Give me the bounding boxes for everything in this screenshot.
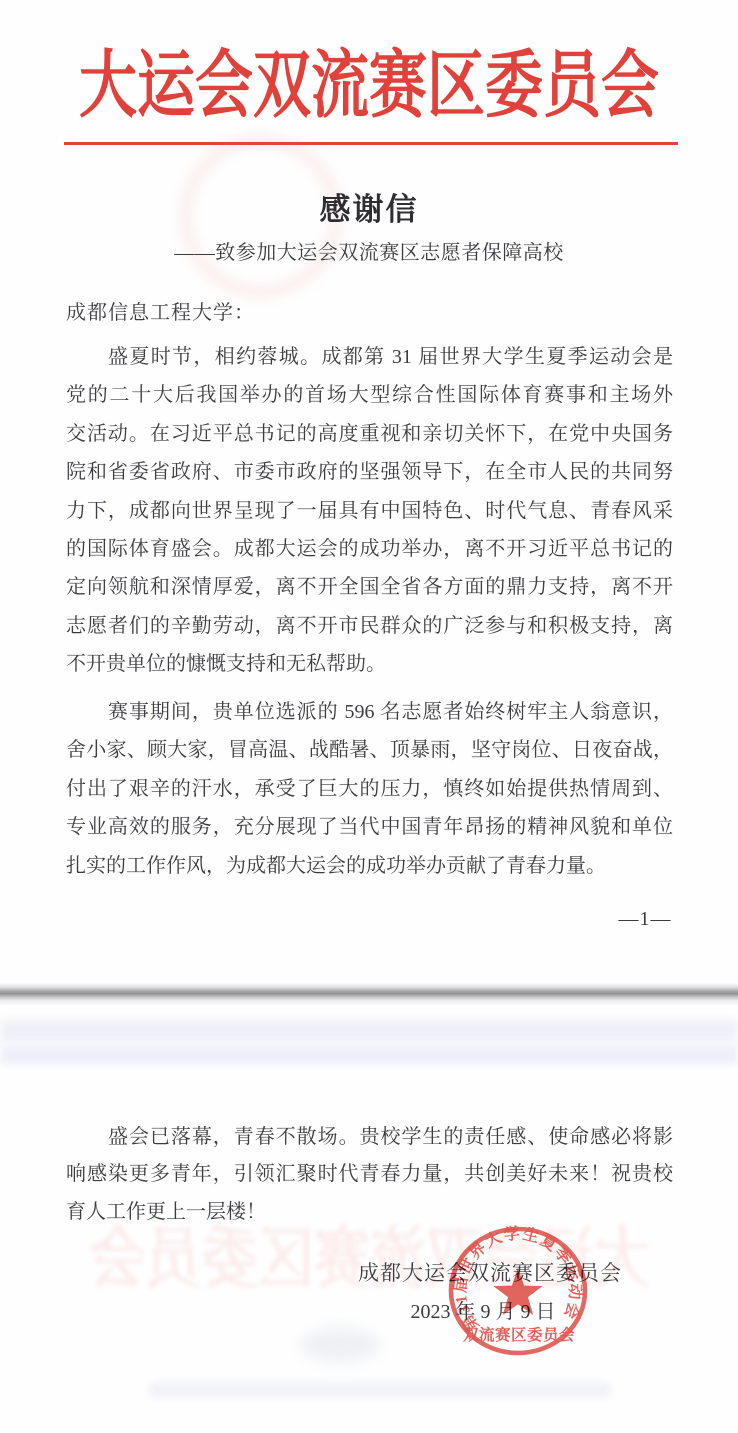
scan-artifact-band [150,1383,610,1397]
body-line: 交活动。在习近平总书记的高度重视和亲切关怀下，在党中央国务 [66,415,673,453]
body-line: 党的二十大后我国举办的首场大型综合性国际体育赛事和主场外 [66,376,673,414]
body-line: 扎实的工作作风，为成都大运会的成功举办贡献了青春力量。 [66,847,673,885]
body-line: 付出了艰辛的汗水，承受了巨大的压力，慎终如始提供热情周到、 [66,770,673,808]
scan-artifact-band [0,1046,738,1064]
official-seal: 第31届世界大学生夏季运动会 双流赛区委员会 [433,1206,603,1376]
letterhead: 大运会双流赛区委员会 [0,38,738,134]
body-line: 定向领航和深情厚爱，离不开全国全省各方面的鼎力支持，离不开 [66,568,673,606]
scanned-letter: 大运会双流赛区委员会 感谢信 ——致参加大运会双流赛区志愿者保障高校 成都信息工… [0,0,738,1433]
star-icon [493,1268,542,1315]
body-line: 志愿者们的辛勤劳动，离不开市民群众的广泛参与和积极支持，离 [66,607,673,645]
body-line: 赛事期间，贵单位选派的 596 名志愿者始终树牢主人翁意识， [66,693,673,731]
page-separator [0,983,738,1005]
body-line: 不开贵单位的慷慨支持和无私帮助。 [66,645,673,683]
seal-bottom-text: 双流赛区委员会 [463,1325,575,1344]
letterhead-rule [64,142,678,145]
paragraph-1: 盛夏时节，相约蓉城。成都第 31 届世界大学生夏季运动会是 党的二十大后我国举办… [66,338,673,684]
letter-title: 感谢信 [0,184,738,229]
body-line: 院和省委省政府、市委市政府的坚强领导下，在全市人民的共同努 [66,453,673,491]
letterhead-title: 大运会双流赛区委员会 [79,26,659,147]
scan-artifact-band [0,1020,738,1042]
body-line: 专业高效的服务，充分展现了当代中国青年昂扬的精神风貌和单位 [66,808,673,846]
letter-subtitle: ——致参加大运会双流赛区志愿者保障高校 [0,236,738,265]
scan-smudge [300,1328,380,1362]
body-line: 响感染更多青年，引领汇聚时代青春力量，共创美好未来！祝贵校 [66,1156,673,1193]
paragraph-2: 赛事期间，贵单位选派的 596 名志愿者始终树牢主人翁意识， 舍小家、顾大家，冒… [66,693,673,885]
body-line: 盛夏时节，相约蓉城。成都第 31 届世界大学生夏季运动会是 [66,338,673,376]
salutation: 成都信息工程大学： [66,294,673,332]
page-number: —1— [600,908,690,931]
body-line: 盛会已落幕，青春不散场。贵校学生的责任感、使命感必将影 [66,1119,673,1156]
body-line: 的国际体育盛会。成都大运会的成功举办，离不开习近平总书记的 [66,530,673,568]
body-line: 舍小家、顾大家，冒高温、战酷暑、顶暴雨，坚守岗位、日夜奋战， [66,731,673,769]
body-line: 力下，成都向世界呈现了一届具有中国特色、时代气息、青春风采 [66,492,673,530]
